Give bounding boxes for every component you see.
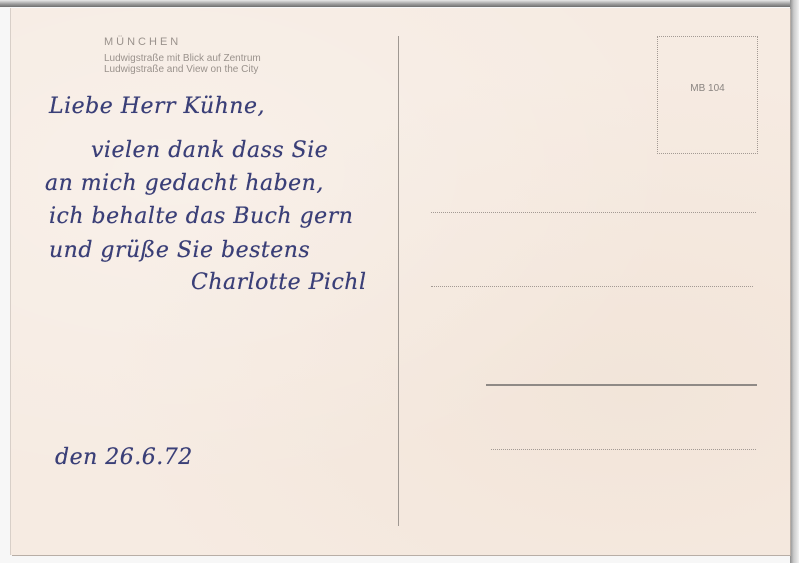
message-line-4: und grüße Sie bestens xyxy=(49,238,310,263)
scanner-edge-top xyxy=(0,0,799,7)
stamp-label: MB 104 xyxy=(658,83,757,94)
postcard: MÜNCHEN Ludwigstraße mit Blick auf Zentr… xyxy=(11,8,790,555)
date-line: den 26.6.72 xyxy=(55,445,193,470)
stamp-box: MB 104 xyxy=(657,36,758,154)
message-line-1: vielen dank dass Sie xyxy=(91,138,328,163)
address-line-1 xyxy=(431,212,756,213)
address-line-solid xyxy=(486,384,757,386)
postcard-header: MÜNCHEN Ludwigstraße mit Blick auf Zentr… xyxy=(104,36,261,75)
message-line-3: ich behalte das Buch gern xyxy=(49,204,353,229)
greeting-line: Liebe Herr Kühne, xyxy=(49,94,265,119)
caption-english: Ludwigstraße and View on the City xyxy=(104,64,261,75)
scanner-edge-right xyxy=(790,0,799,563)
message-line-2: an mich gedacht haben, xyxy=(45,171,324,196)
city-title: MÜNCHEN xyxy=(104,36,261,48)
signature: Charlotte Pichl xyxy=(191,270,366,295)
address-line-3 xyxy=(491,449,756,450)
address-line-2 xyxy=(431,286,753,287)
caption-german: Ludwigstraße mit Blick auf Zentrum xyxy=(104,53,261,64)
center-divider xyxy=(398,36,399,526)
